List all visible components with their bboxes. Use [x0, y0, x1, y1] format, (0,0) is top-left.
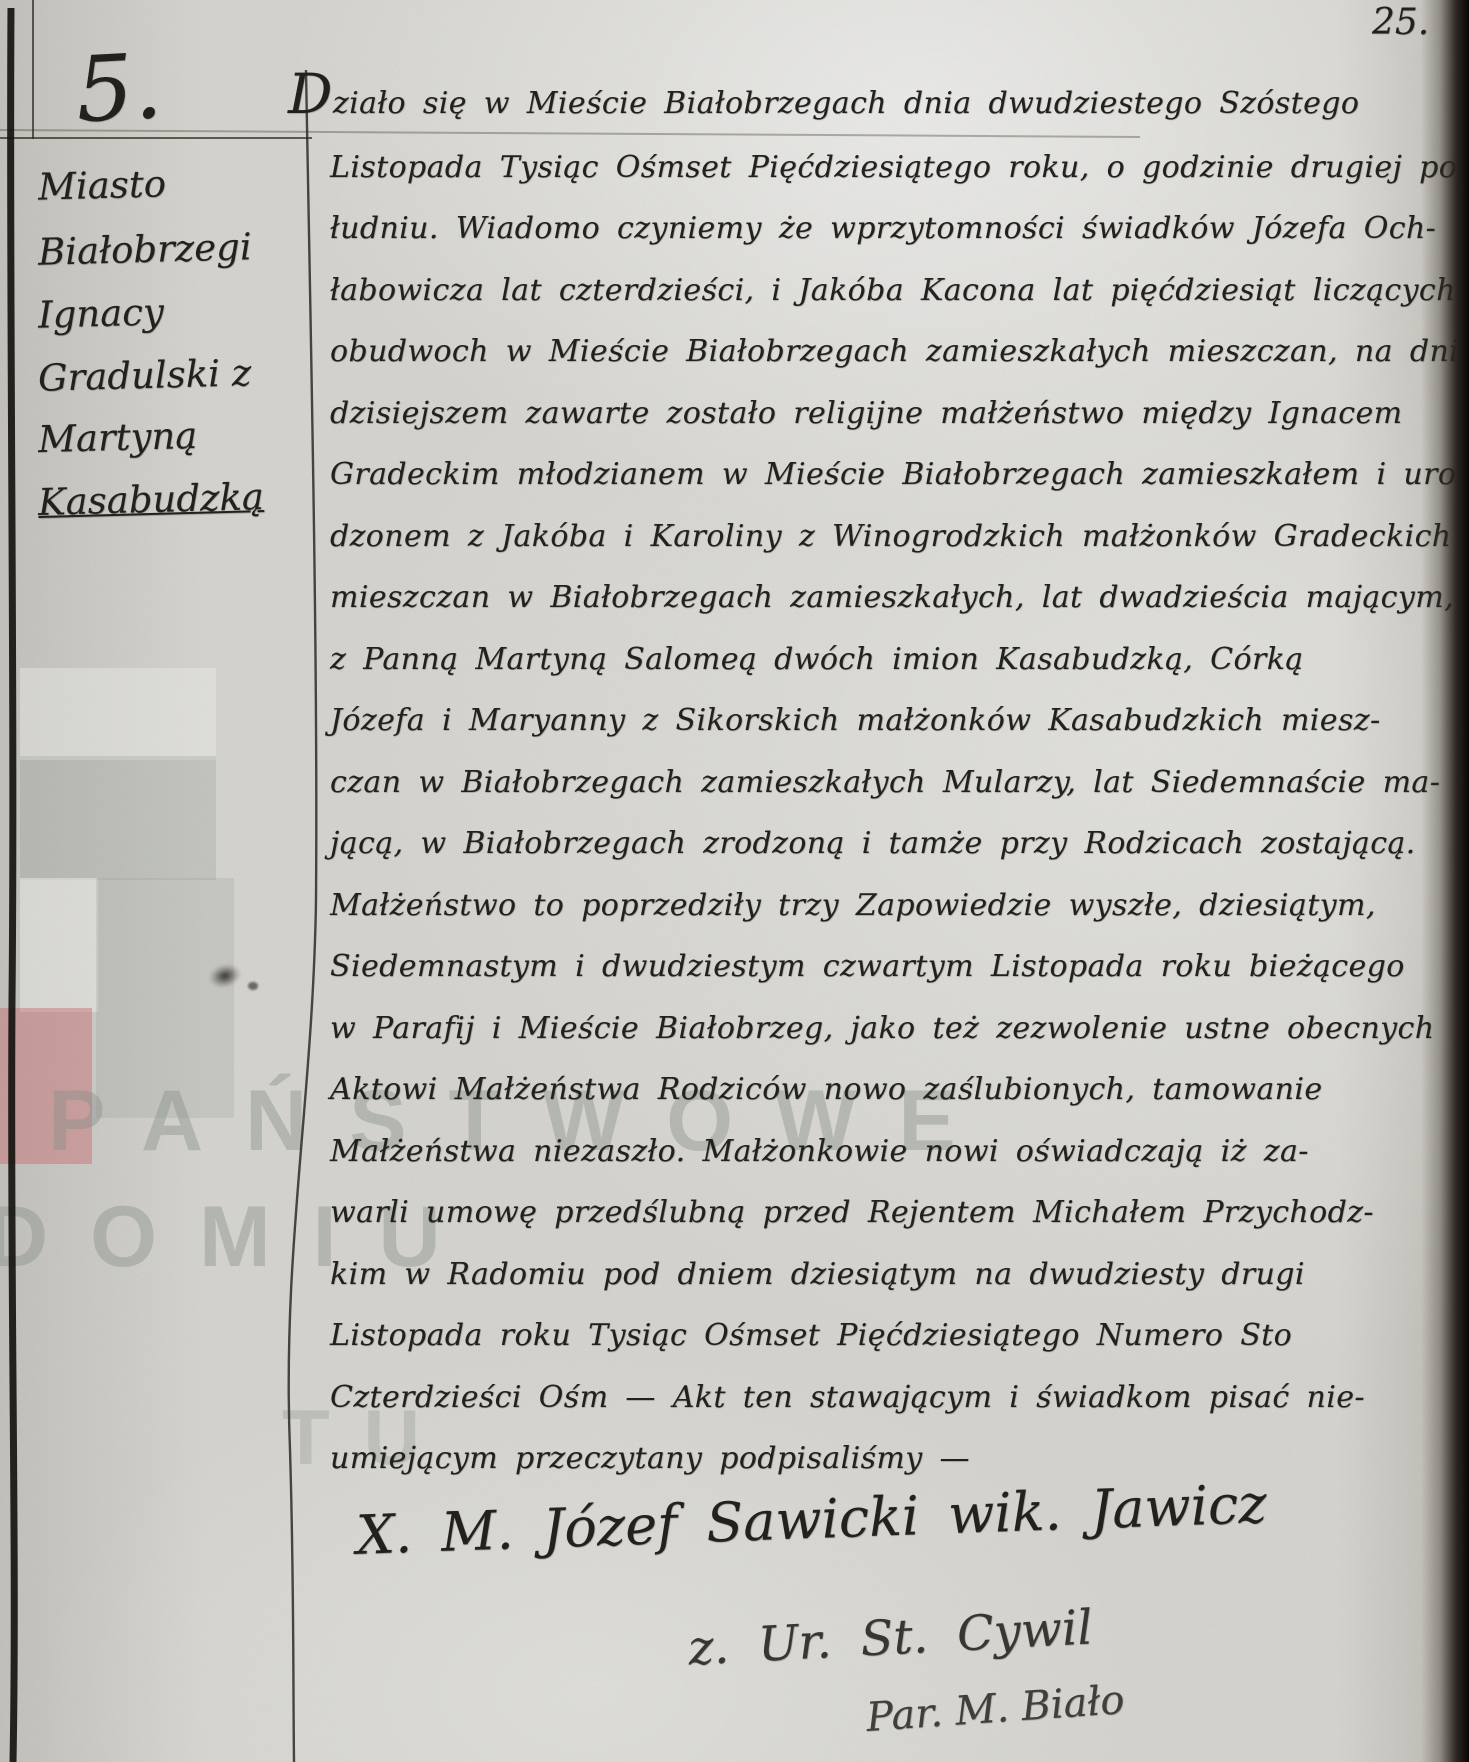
left-page-edge-line	[11, 8, 15, 1762]
scan-artifact-light-block	[20, 668, 216, 760]
record-line: Małżeństwa niezaszło. Małżonkowie nowi o…	[330, 1134, 1309, 1169]
margin-note-line: Gradulski z	[37, 351, 251, 400]
record-line: Działo się w Mieście Białobrzegach dnia …	[288, 86, 1359, 121]
scan-artifact-light-block	[20, 878, 98, 1012]
record-line: obudwoch w Mieście Białobrzegach zamiesz…	[330, 334, 1469, 369]
margin-note-line: Białobrzegi	[37, 225, 252, 274]
record-line: łudniu. Wiadomo czyniemy że wprzytomnośc…	[330, 211, 1436, 246]
record-line: Gradeckim młodzianem w Mieście Białobrze…	[330, 457, 1467, 492]
record-line: jącą, w Białobrzegach zrodzoną i tamże p…	[330, 826, 1416, 861]
margin-note-line: Miasto	[37, 162, 166, 208]
record-line: kim w Radomiu pod dniem dziesiątym na dw…	[330, 1257, 1305, 1292]
record-line: Listopada roku Tysiąc Ośmset Pięćdziesią…	[330, 1318, 1292, 1353]
margin-divider-line	[289, 70, 317, 1762]
record-line: Aktowi Małżeństwa Rodziców nowo zaślubio…	[330, 1072, 1323, 1107]
record-line: w Parafij i Mieście Białobrzeg, jako też…	[330, 1011, 1434, 1046]
margin-note-line: Ignacy	[37, 290, 164, 336]
record-line: Siedemnastym i dwudziestym czwartym List…	[330, 949, 1405, 984]
signature-parish: Par. M. Biało	[865, 1677, 1126, 1741]
book-gutter-shadow	[1421, 0, 1469, 1762]
record-line: czan w Białobrzegach zamieszkałych Mular…	[330, 765, 1440, 800]
margin-note-line: Kasabudzką	[37, 475, 264, 524]
document-scan: PAŃSTWOWE DOMIU TU 25. 5. Miasto Białobr…	[0, 0, 1469, 1762]
pink-highlight-block	[0, 1008, 92, 1164]
entry-number: 5.	[73, 34, 164, 143]
record-line: umiejącym przeczytany podpisaliśmy —	[330, 1441, 970, 1476]
record-line: dzisiejszem zawarte zostało religijne ma…	[330, 396, 1402, 431]
record-line: Czterdzieści Ośm — Akt ten stawającym i …	[330, 1380, 1365, 1415]
record-line: dzonem z Jakóba i Karoliny z Winogrodzki…	[330, 519, 1452, 554]
record-line: Józefa i Maryanny z Sikorskich małżonków…	[330, 703, 1381, 738]
top-left-rule-stub	[32, 0, 34, 139]
signature-priest: X. M. Józef Sawicki wik. Jawicz	[355, 1472, 1267, 1567]
ink-blot	[248, 982, 258, 990]
margin-note-line: Martyną	[37, 414, 197, 461]
record-line: Listopada Tysiąc Ośmset Pięćdziesiątego …	[330, 150, 1469, 185]
signature-registrar: z. Ur. St. Cywil	[687, 1599, 1094, 1676]
record-line: łabowicza lat czterdzieści, i Jakóba Kac…	[330, 273, 1456, 308]
record-line: mieszczan w Białobrzegach zamieszkałych,…	[330, 580, 1454, 615]
record-line: Małżeństwo to poprzedziły trzy Zapowiedz…	[330, 888, 1376, 923]
scan-artifact-gray-block	[20, 756, 216, 880]
record-line: z Panną Martyną Salomeą dwóch imion Kasa…	[330, 642, 1304, 677]
scan-artifact-gray-block	[96, 878, 234, 1118]
record-line: warli umowę przedślubną przed Rejentem M…	[330, 1195, 1374, 1230]
